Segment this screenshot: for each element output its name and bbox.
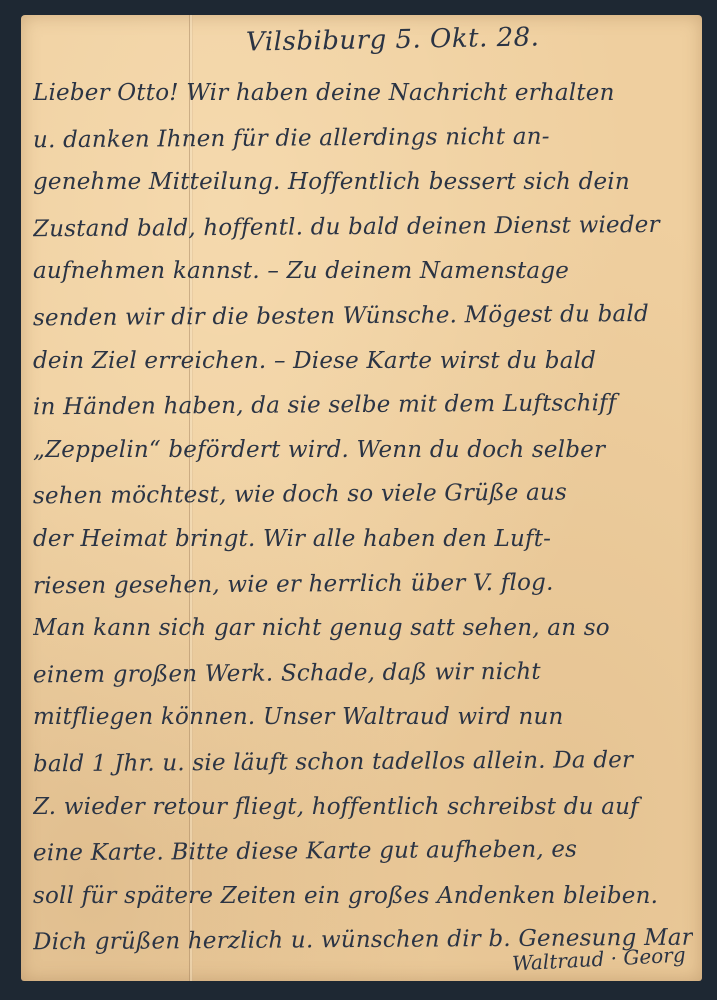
letter-line: aufnehmen kannst. – Zu deinem Namenstage [33, 249, 693, 294]
letter-line: u. danken Ihnen für die allerdings nicht… [33, 113, 693, 162]
letter-line: Zustand bald, hoffentl. du bald deinen D… [33, 202, 693, 251]
letter-line: einem großen Werk. Schade, daß wir nicht [33, 648, 693, 697]
letter-line: sehen möchtest, wie doch so viele Grüße … [33, 470, 693, 519]
letter-line: riesen gesehen, wie er herrlich über V. … [33, 559, 693, 608]
letter-line: dein Ziel erreichen. – Diese Karte wirst… [33, 339, 693, 384]
letter-line: genehme Mitteilung. Hoffentlich bessert … [33, 160, 693, 205]
letter-line: „Zeppelin“ befördert wird. Wenn du doch … [33, 428, 693, 473]
letter-line: mitfliegen können. Unser Waltraud wird n… [33, 695, 693, 740]
letter-line: bald 1 Jhr. u. sie läuft schon tadellos … [33, 738, 693, 787]
postcard: Vilsbiburg 5. Okt. 28. Lieber Otto! Wir … [21, 15, 702, 981]
letter-body: Lieber Otto! Wir haben deine Nachricht e… [33, 71, 693, 963]
letter-line: Lieber Otto! Wir haben deine Nachricht e… [33, 71, 693, 116]
letter-line: in Händen haben, da sie selbe mit dem Lu… [33, 381, 693, 430]
letter-line: eine Karte. Bitte diese Karte gut aufheb… [33, 827, 693, 876]
letter-line: der Heimat bringt. Wir alle haben den Lu… [33, 517, 693, 562]
letter-line: soll für spätere Zeiten ein großes Anden… [33, 874, 693, 919]
letter-line: Z. wieder retour fliegt, hoffentlich sch… [33, 785, 693, 830]
scan-background: Vilsbiburg 5. Okt. 28. Lieber Otto! Wir … [0, 0, 717, 1000]
letter-line: senden wir dir die besten Wünsche. Möges… [33, 292, 693, 341]
letter-line: Man kann sich gar nicht genug satt sehen… [33, 606, 693, 651]
dateline: Vilsbiburg 5. Okt. 28. [246, 22, 540, 57]
